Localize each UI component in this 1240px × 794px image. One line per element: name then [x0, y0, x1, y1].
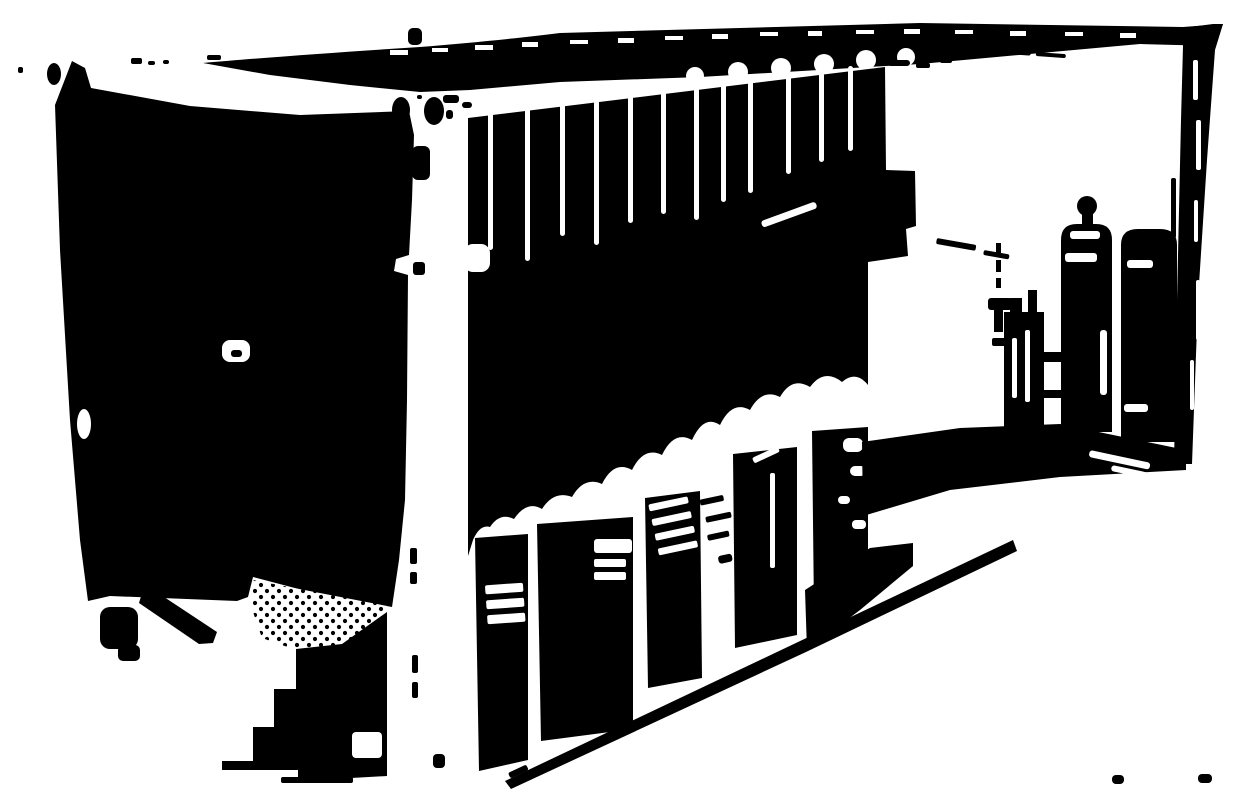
scallop: [814, 54, 834, 74]
tank-highlight: [1100, 330, 1107, 395]
rack-gap: [786, 74, 791, 174]
speck: [443, 95, 459, 103]
glare-dash: [955, 30, 973, 34]
rack-edge-notch: [464, 244, 490, 272]
rack-gap: [848, 66, 853, 151]
door-label-dot: [231, 350, 242, 357]
piping-manifold: [1004, 312, 1044, 432]
post-speck: [446, 110, 453, 119]
valve-body: [988, 298, 1012, 310]
speck: [131, 58, 142, 64]
glare-dash: [570, 40, 588, 44]
glare-dash: [1010, 31, 1026, 36]
post-edge-dash: [412, 682, 418, 698]
post-bolt-hole: [392, 97, 410, 123]
glare-dash: [522, 42, 538, 47]
pipe-slit: [1025, 330, 1030, 402]
door-hinge-foot: [118, 645, 140, 661]
vent-blotch: [843, 438, 863, 452]
door-top-knuckle: [47, 63, 61, 85]
speck-blob: [408, 28, 422, 45]
glare-dash: [1120, 33, 1136, 38]
cabinet-1: [475, 534, 528, 771]
door-panel-mass: [55, 61, 414, 607]
post-glint: [1190, 360, 1194, 410]
glare-dash: [475, 45, 493, 50]
valve-stem: [994, 310, 1003, 332]
speck: [148, 61, 155, 65]
vent-blotch: [852, 520, 866, 529]
post-glint: [1194, 200, 1198, 242]
cabinet-1-label: [485, 583, 526, 625]
pipe-riser: [1028, 290, 1037, 314]
post-speck: [417, 95, 422, 99]
rack-gap: [628, 93, 633, 223]
cabinet-4-slit: [770, 473, 775, 568]
tank-highlight: [1070, 231, 1100, 239]
post-latch-tick: [413, 262, 425, 275]
speck: [462, 102, 472, 108]
door-edge-notch: [77, 409, 91, 439]
rack-gap: [819, 70, 824, 162]
post-glint: [1193, 60, 1198, 100]
valve-stem-dash: [996, 278, 1001, 288]
tank-highlight: [1127, 260, 1153, 268]
tank-valve-stem: [1082, 213, 1093, 225]
glare-dash: [390, 50, 408, 55]
door-hinge-blob: [100, 607, 138, 649]
step-notch: [352, 732, 382, 758]
left-door-panel: [47, 61, 414, 661]
speck: [888, 60, 910, 66]
binarized-photo: High-contrast black and white photograph…: [0, 0, 1240, 794]
rack-gap: [721, 82, 726, 202]
cabinet-4: [733, 447, 797, 648]
glare-dash: [618, 38, 634, 43]
rack-gap: [488, 110, 493, 250]
post-glint: [1196, 120, 1201, 170]
glare-dash: [760, 32, 778, 36]
pipe-crosstie: [1044, 352, 1061, 362]
photo-canvas: High-contrast black and white photograph…: [0, 0, 1240, 794]
rack-gap: [694, 85, 699, 220]
pipe-slit: [1012, 338, 1017, 398]
speck: [163, 60, 169, 64]
post-latch-blob: [412, 146, 430, 180]
post-foot-dot: [433, 754, 445, 768]
label-patch: [594, 539, 632, 553]
tank-side-dash: [1172, 244, 1176, 260]
rack-gap: [661, 89, 666, 214]
label-bar: [594, 559, 626, 567]
floor-dot: [1198, 774, 1212, 783]
post-bolt-hole: [424, 97, 444, 125]
scallop: [856, 50, 876, 70]
scallop: [686, 67, 704, 85]
tank-highlight: [1065, 253, 1097, 262]
glare-dash: [665, 36, 683, 40]
glare-dash: [712, 34, 728, 39]
rack-gap: [594, 97, 599, 245]
rack-gap: [560, 101, 565, 236]
glare-dash: [904, 29, 920, 34]
glare-dash: [808, 31, 822, 36]
tank-highlight: [1124, 404, 1148, 412]
glare-dash: [1065, 32, 1083, 36]
valve-foot: [992, 338, 1006, 346]
speck: [207, 55, 221, 60]
step-base-dash: [281, 777, 353, 783]
vent-blotch: [838, 496, 850, 504]
post-edge-dash: [410, 548, 417, 564]
pipe-crosstie: [1044, 390, 1061, 398]
post-glint: [1196, 280, 1200, 340]
glare-dash: [432, 48, 448, 52]
scallop: [728, 62, 748, 82]
speck: [18, 67, 23, 73]
speck: [940, 58, 952, 63]
floor-dot: [1112, 775, 1124, 784]
post-edge-dash: [410, 572, 417, 584]
glare-dash: [856, 30, 874, 34]
label-bar: [594, 572, 626, 580]
speck: [916, 63, 930, 68]
rack-gap: [748, 78, 753, 193]
post-edge-dash: [412, 655, 418, 673]
tank-side-line: [1171, 178, 1176, 238]
rack-gap: [525, 106, 530, 261]
valve-stem-dash: [996, 260, 1001, 272]
